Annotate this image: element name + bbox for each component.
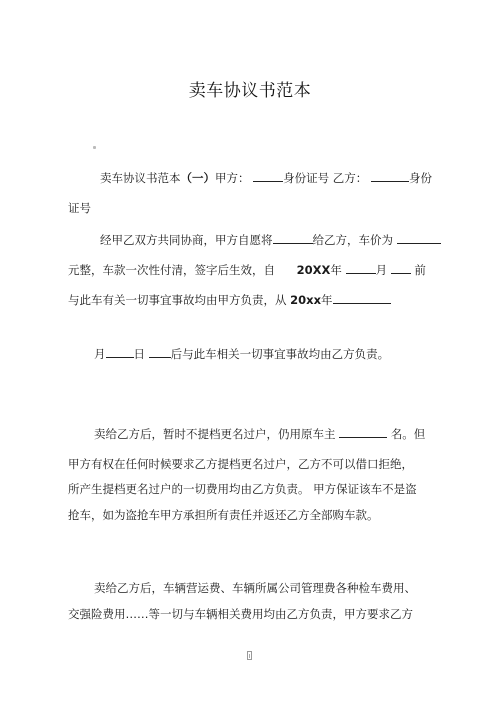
text: 经甲乙双方共同协商，甲方自愿将 xyxy=(100,233,273,247)
page-number-icon xyxy=(247,651,252,660)
blank-field-car xyxy=(273,232,313,244)
blank-field-party-a xyxy=(253,170,283,182)
paragraph-1-line-2: 证号 xyxy=(68,200,91,216)
paragraph-2-line-3: 与此车有关一切事宜事故均由甲方负责，从 20xx年 xyxy=(68,292,391,308)
text: 给乙方，车价为 xyxy=(313,233,394,247)
text-bold: （一） xyxy=(181,171,216,185)
paragraph-4-line-3: 所产生提档更名过户的一切费用均由乙方负责。 甲方保证该车不是盗 xyxy=(68,481,417,497)
text: 年 xyxy=(330,263,342,277)
paragraph-4-line-4: 抢车，如为盗抢车甲方承担所有责任并返还乙方全部购车款。 xyxy=(68,507,379,523)
blank-field-owner-name xyxy=(339,426,387,438)
text: 卖车协议书范本 xyxy=(100,171,181,185)
document-page: 卖车协议书范本 卖车协议书范本（一）甲方： 身份证号 乙方： 身份 证号 经甲乙… xyxy=(0,0,500,708)
text: 月 xyxy=(94,347,106,361)
paragraph-5-line-2: 交强险费用……等一切与车辆相关费用均由乙方负责，甲方要求乙方 xyxy=(68,606,413,622)
paragraph-2-line-2: 元整，车款一次性付清，签字后生效，自 20XX年 月 前 xyxy=(68,262,426,278)
text: 甲方： xyxy=(215,171,250,185)
bullet-mark-icon xyxy=(93,146,96,149)
blank-field-price xyxy=(397,232,441,244)
document-title: 卖车协议书范本 xyxy=(0,76,500,101)
paragraph-3-line-1: 月日 后与此车相关一切事宜事故均由乙方负责。 xyxy=(94,346,389,362)
paragraph-1-line-1: 卖车协议书范本（一）甲方： 身份证号 乙方： 身份 xyxy=(100,170,432,186)
blank-field-month xyxy=(346,262,376,274)
paragraph-5-line-1: 卖给乙方后，车辆营运费、车辆所属公司管理费各种检车费用、 xyxy=(94,580,416,596)
blank-field-year xyxy=(333,292,391,304)
text: 月 xyxy=(376,263,388,277)
text: 与此车有关一切事宜事故均由甲方负责，从 xyxy=(68,293,287,307)
text: 前 xyxy=(414,263,426,277)
text: 日 xyxy=(134,347,146,361)
text-bold: 20XX xyxy=(297,263,331,277)
blank-field-day xyxy=(391,262,411,274)
paragraph-2-line-1: 经甲乙双方共同协商，甲方自愿将给乙方，车价为 xyxy=(100,232,441,248)
text: 身份 xyxy=(409,171,432,185)
text: 身份证号 乙方： xyxy=(283,171,367,185)
text: 名。但 xyxy=(391,427,426,441)
paragraph-4-line-1: 卖给乙方后，暂时不提档更名过户，仍用原车主 名。但 xyxy=(94,426,425,442)
text: 后与此车相关一切事宜事故均由乙方负责。 xyxy=(171,347,390,361)
blank-field-party-b xyxy=(371,170,409,182)
paragraph-4-line-2: 甲方有权在任何时候要求乙方提档更名过户，乙方不可以借口拒绝， xyxy=(68,456,413,472)
text-bold: 20xx xyxy=(290,293,321,307)
text: 卖给乙方后，暂时不提档更名过户，仍用原车主 xyxy=(94,427,336,441)
text: 年 xyxy=(321,293,333,307)
blank-field-month xyxy=(106,346,134,358)
blank-field-day xyxy=(149,346,171,358)
text: 元整，车款一次性付清，签字后生效，自 xyxy=(68,263,275,277)
